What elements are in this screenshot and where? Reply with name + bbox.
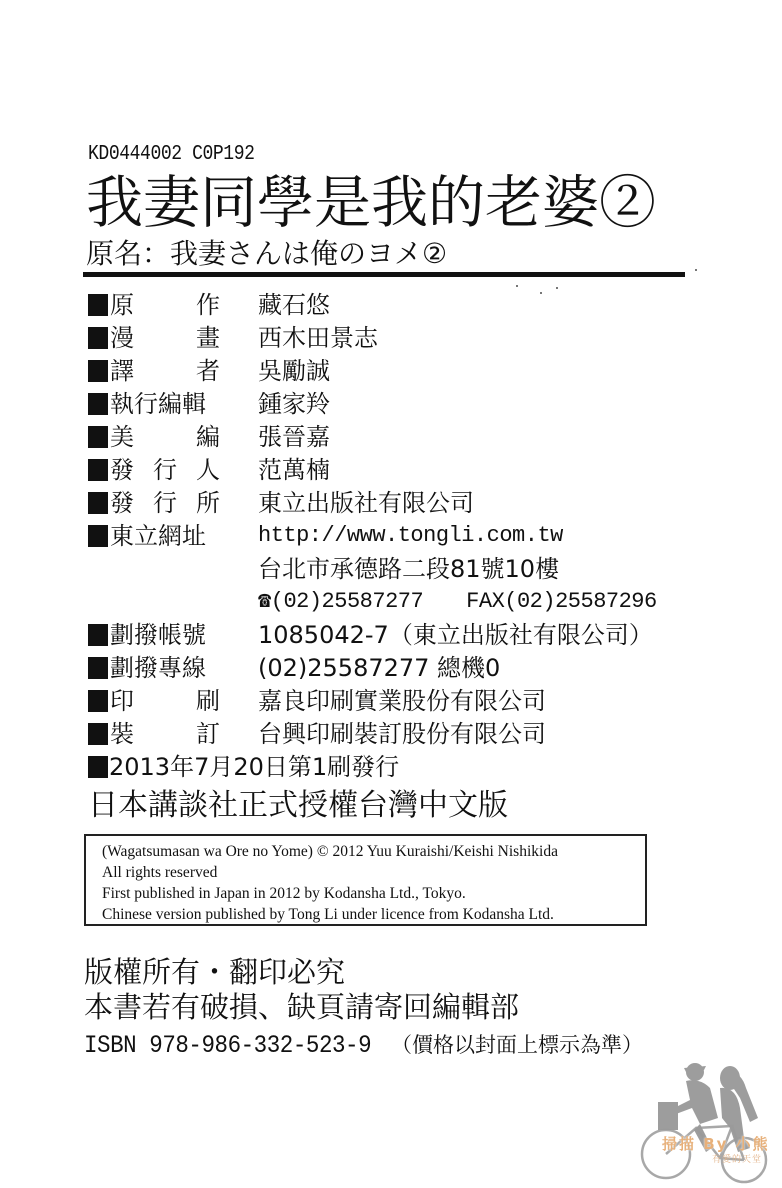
catalog-code: KD0444002 C0P192 xyxy=(88,143,255,166)
credit-value: 1085042-7（東立出版社有限公司） xyxy=(258,620,653,650)
copyright-line: Chinese version published by Tong Li und… xyxy=(102,905,554,925)
credit-row-artist: 漫畫 西木田景志 xyxy=(88,323,109,353)
credit-label: 劃撥帳號 xyxy=(110,620,206,650)
bullet-square-icon xyxy=(88,294,108,316)
credit-row-website: 東立網址 http://www.tongli.com.tw xyxy=(88,521,109,551)
credit-label: 東立網址 xyxy=(110,521,206,551)
bullet-square-icon xyxy=(88,723,108,745)
copyright-line: All rights reserved xyxy=(102,863,217,883)
credit-value: 張晉嘉 xyxy=(258,422,330,452)
credit-label: 發行所 xyxy=(110,488,220,518)
rights-notice: 版權所有・翻印必究 xyxy=(84,955,345,989)
book-title: 我妻同學是我的老婆② xyxy=(86,168,656,238)
bullet-square-icon xyxy=(88,426,108,448)
authorization-notice: 日本講談社正式授權台灣中文版 xyxy=(88,788,508,824)
credit-value: 鍾家羚 xyxy=(258,389,330,419)
credit-row-printer: 印刷 嘉良印刷實業股份有限公司 xyxy=(88,686,109,716)
phone-fax: ☎(02)25587277 FAX(02)25587296 xyxy=(258,587,657,617)
website-url: http://www.tongli.com.tw xyxy=(258,521,563,551)
first-print-date: 2013年7月20日第1刷發行 xyxy=(88,752,399,782)
credit-row-author: 原作 藏石悠 xyxy=(88,290,109,320)
bullet-square-icon xyxy=(88,492,108,514)
credit-row-executive-editor: 執行編輯 鍾家羚 xyxy=(88,389,109,419)
address: 台北市承德路二段81號10樓 xyxy=(258,554,559,584)
credit-value: (02)25587277 總機0 xyxy=(258,653,500,683)
credit-value: 西木田景志 xyxy=(258,323,378,353)
bullet-square-icon xyxy=(88,756,108,778)
credit-row-publisher: 發行所 東立出版社有限公司 xyxy=(88,488,109,518)
isbn-number: ISBN 978-986-332-523-9 xyxy=(84,1030,371,1062)
copyright-line: First published in Japan in 2012 by Koda… xyxy=(102,884,466,904)
credit-row-postal-hotline: 劃撥專線 (02)25587277 總機0 xyxy=(88,653,109,683)
credit-row-art-editor: 美編 張晉嘉 xyxy=(88,422,109,452)
credit-label: 美編 xyxy=(110,422,220,452)
isbn-line: ISBN 978-986-332-523-9 （價格以封面上標示為準） xyxy=(84,1028,643,1062)
credit-row-postal-account: 劃撥帳號 1085042-7（東立出版社有限公司） xyxy=(88,620,109,650)
scanner-watermark xyxy=(640,1048,782,1188)
credit-label: 發行人 xyxy=(110,455,220,485)
credit-value: 嘉良印刷實業股份有限公司 xyxy=(258,686,546,716)
credit-value: 吳勵誠 xyxy=(258,356,330,386)
credit-label: 原作 xyxy=(110,290,220,320)
original-title: 原名：我妻さんは俺のヨメ② xyxy=(86,238,447,270)
credit-label: 印刷 xyxy=(110,686,220,716)
price-note: （價格以封面上標示為準） xyxy=(391,1033,643,1057)
credit-row-translator: 譯者 吳勵誠 xyxy=(88,356,109,386)
credit-row-publisher-person: 發行人 范萬楠 xyxy=(88,455,109,485)
bullet-square-icon xyxy=(88,393,108,415)
watermark-text: 掃描 By 小熊 xyxy=(662,1133,770,1154)
bullet-square-icon xyxy=(88,624,108,646)
copyright-box: (Wagatsumasan wa Ore no Yome) © 2012 Yuu… xyxy=(84,834,647,926)
title-divider xyxy=(83,272,685,277)
credit-value: 東立出版社有限公司 xyxy=(258,488,474,518)
damage-notice: 本書若有破損、缺頁請寄回編輯部 xyxy=(84,990,519,1024)
credit-value: 藏石悠 xyxy=(258,290,330,320)
watermark-subtext: 有愛的天堂 xyxy=(712,1152,762,1165)
credit-label: 譯者 xyxy=(110,356,220,386)
bullet-square-icon xyxy=(88,657,108,679)
credit-label: 裝訂 xyxy=(110,719,220,749)
credit-value: 台興印刷裝訂股份有限公司 xyxy=(258,719,546,749)
bullet-square-icon xyxy=(88,690,108,712)
credit-label: 漫畫 xyxy=(110,323,220,353)
bicycle-couple-silhouette-icon xyxy=(640,1048,782,1188)
bullet-square-icon xyxy=(88,327,108,349)
copyright-line: (Wagatsumasan wa Ore no Yome) © 2012 Yuu… xyxy=(102,842,558,862)
credit-label: 劃撥專線 xyxy=(110,653,206,683)
bullet-square-icon xyxy=(88,525,108,547)
credit-value: 范萬楠 xyxy=(258,455,330,485)
credit-label: 執行編輯 xyxy=(110,389,206,419)
bullet-square-icon xyxy=(88,360,108,382)
bullet-square-icon xyxy=(88,459,108,481)
credit-row-binding: 裝訂 台興印刷裝訂股份有限公司 xyxy=(88,719,109,749)
